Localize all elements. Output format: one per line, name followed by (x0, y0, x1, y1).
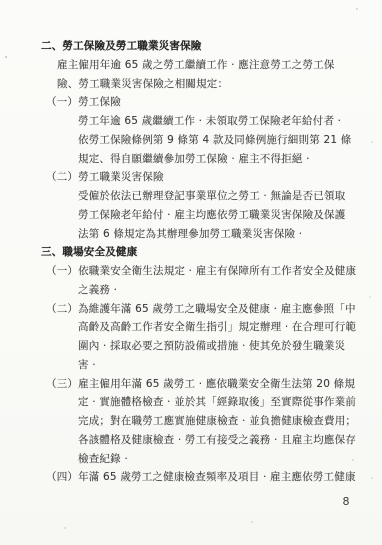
scan-noise-dot (64, 527, 66, 529)
doc-line: （二）勞工職業災害保險 (46, 168, 382, 187)
scan-noise-dot (60, 171, 62, 173)
doc-line: 依勞工保險條例第 9 條第 4 款及同條例施行細則第 21 條 (78, 131, 382, 150)
section-heading: 三、職場安全及健康 (41, 243, 382, 262)
doc-line: 圍內 · 採取必要之預防設備或措施 · 使其免於發生職業災 (78, 337, 382, 356)
page-number: 8 (339, 494, 353, 510)
scan-noise-dot (369, 296, 371, 298)
doc-line: 高齡及高齡工作者安全衛生指引」規定辦理 · 在合理可行範 (78, 318, 382, 337)
doc-line: 之義務 · (78, 281, 382, 300)
doc-line: 勞工年逾 65 歲繼續工作 · 未領取勞工保險老年給付者 · (78, 112, 382, 131)
scan-noise-dot (5, 56, 7, 58)
scan-noise-dot (251, 521, 253, 523)
doc-line: 險、勞工職業災害保險之相關規定： (57, 75, 382, 94)
doc-line: 規定、得自願繼續參加勞工保險 · 雇主不得拒絕 · (78, 150, 382, 169)
doc-line: 定 · 實施體格檢查 · 並於其「經錄取後」至實際從事作業前 (78, 393, 382, 412)
doc-line: 勞工保險老年給付 · 雇主均應依勞工職業災害保險及保護 (78, 206, 382, 225)
scan-noise-dot (371, 477, 373, 479)
doc-line: 各該體格及健康檢查 · 勞工有接受之義務 · 且雇主均應保存 (78, 431, 382, 450)
scan-noise-dot (371, 141, 373, 143)
doc-line: （一）依職業安全衛生法規定 · 雇主有保障所有工作者安全及健康 (46, 262, 382, 281)
scan-noise-dot (356, 8, 358, 10)
section-heading: 二、勞工保險及勞工職業災害保險 (41, 37, 382, 56)
scan-noise-dot (352, 459, 354, 461)
doc-line: （二）為維護年滿 65 歲勞工之職場安全及健康 · 雇主應參照「中 (46, 300, 382, 319)
doc-line: （三）雇主僱用年滿 65 歲勞工 · 應依職業安全衛生法第 20 條規 (46, 375, 382, 394)
document-lines: 二、勞工保險及勞工職業災害保險雇主僱用年逾 65 歲之勞工繼續工作 · 應注意勞… (0, 37, 382, 487)
document-page: 二、勞工保險及勞工職業災害保險雇主僱用年逾 65 歲之勞工繼續工作 · 應注意勞… (0, 0, 382, 545)
doc-line: （四）年滿 65 歲勞工之健康檢查頻率及項目 · 雇主應依勞工健康 (46, 468, 382, 487)
doc-line: 完成；對在職勞工應實施健康檢查 · 並負擔健康檢查費用； (78, 412, 382, 431)
doc-line: 害 · (78, 356, 382, 375)
doc-line: （一）勞工保險 (46, 93, 382, 112)
doc-line: 檢查紀錄 · (78, 450, 382, 469)
doc-line: 雇主僱用年逾 65 歲之勞工繼續工作 · 應注意勞工之勞工保 (57, 56, 382, 75)
doc-line: 受僱於依法已辦理登記事業單位之勞工 · 無論是否已領取 (78, 187, 382, 206)
doc-line: 法第 6 條規定為其辦理參加勞工職業災害保險 · (78, 225, 382, 244)
